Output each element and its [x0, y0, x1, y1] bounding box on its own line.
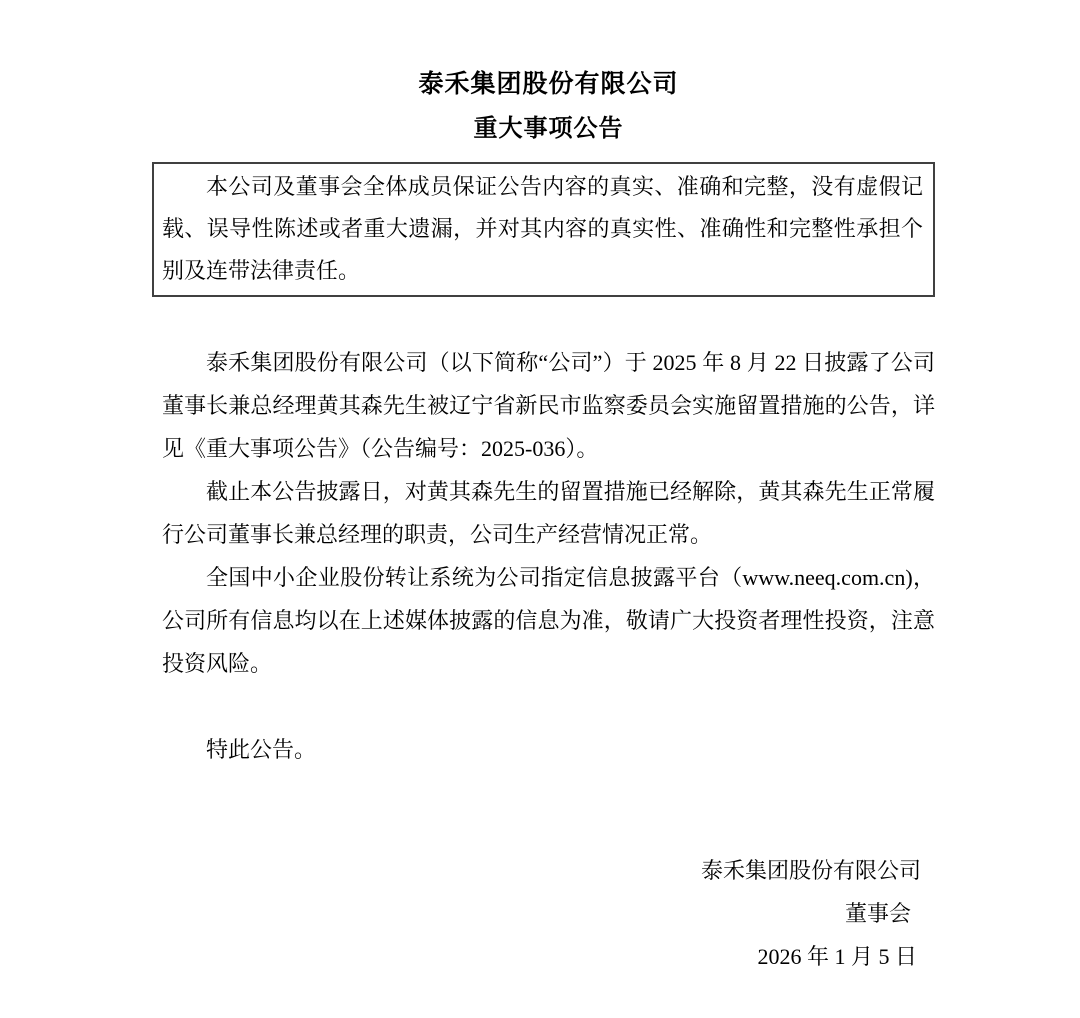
- paragraph-prior-disclosure: 泰禾集团股份有限公司（以下简称“公司”）于 2025 年 8 月 22 日披露了…: [162, 341, 935, 470]
- paragraph-detention-lifted: 截止本公告披露日，对黄其森先生的留置措施已经解除，黄其森先生正常履行公司董事长兼…: [162, 470, 935, 556]
- announcement-document: 泰禾集团股份有限公司 重大事项公告 本公司及董事会全体成员保证公告内容的真实、准…: [0, 0, 1080, 1018]
- announcement-type-title: 重大事项公告: [162, 107, 935, 151]
- paragraph-info-platform: 全国中小企业股份转让系统为公司指定信息披露平台（www.neeq.com.cn)…: [162, 556, 935, 685]
- closing-statement: 特此公告。: [162, 728, 935, 771]
- disclaimer-box: 本公司及董事会全体成员保证公告内容的真实、准确和完整，没有虚假记载、误导性陈述或…: [152, 162, 935, 297]
- company-title: 泰禾集团股份有限公司: [162, 63, 935, 107]
- signature-block: 泰禾集团股份有限公司 董事会 2026 年 1 月 5 日: [162, 849, 935, 978]
- signature-company: 泰禾集团股份有限公司: [162, 849, 935, 892]
- signature-board: 董事会: [162, 892, 935, 935]
- disclaimer-text: 本公司及董事会全体成员保证公告内容的真实、准确和完整，没有虚假记载、误导性陈述或…: [162, 174, 923, 283]
- signature-date: 2026 年 1 月 5 日: [162, 935, 935, 978]
